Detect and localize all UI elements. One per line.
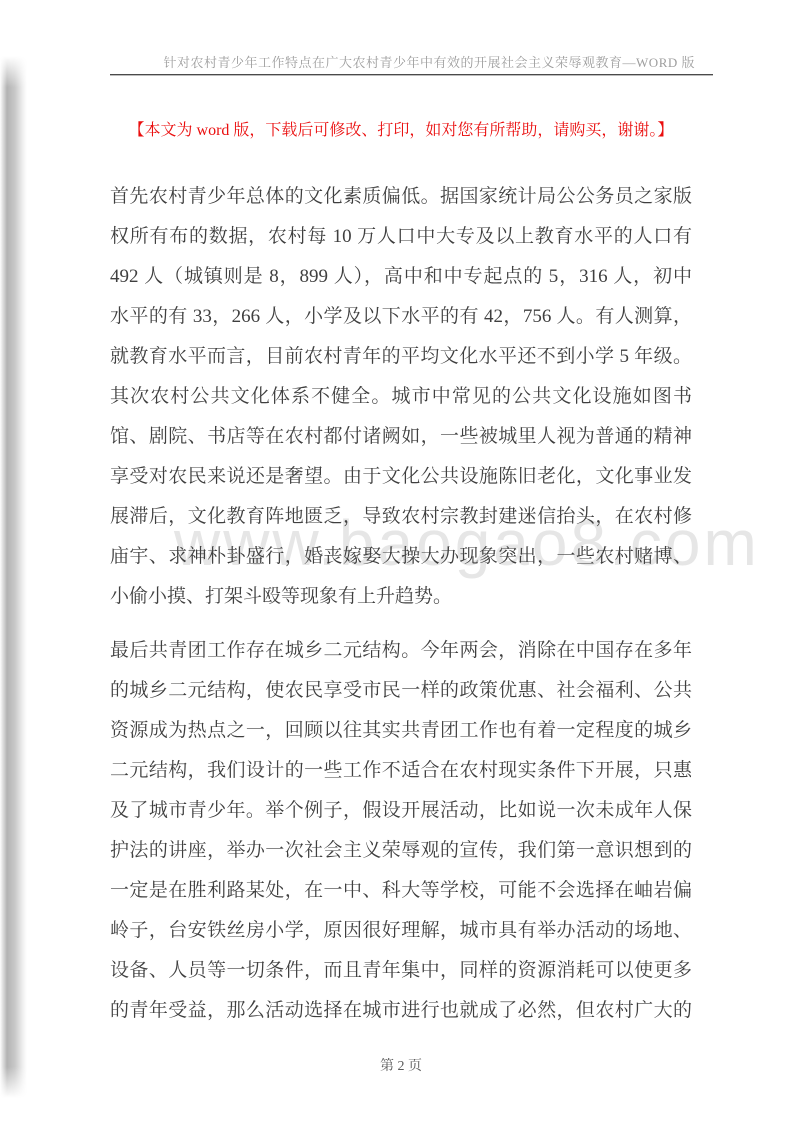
text-line: 庙宇、求神朴卦盛行，婚丧嫁娶大操大办现象突出，一些农村赌博、 <box>110 537 692 577</box>
text-line: 水平的有 33，266 人，小学及以下水平的有 42，756 人。有人测算， <box>110 297 692 337</box>
header-divider <box>110 74 713 76</box>
text-line: 的青年受益，那么活动选择在城市进行也就成了必然，但农村广大的 <box>110 991 692 1031</box>
text-line: 一定是在胜利路某处，在一中、科大等学校，可能不会选择在岫岩偏 <box>110 871 692 911</box>
text-line: 492 人（城镇则是 8，899 人），高中和中专起点的 5，316 人，初中 <box>110 257 692 297</box>
text-line: 其次农村公共文化体系不健全。城市中常见的公共文化设施如图书 <box>110 377 692 417</box>
text-line: 小偷小摸、打架斗殴等现象有上升趋势。 <box>110 577 692 617</box>
text-line: 就教育水平而言，目前农村青年的平均文化水平还不到小学 5 年级。 <box>110 337 692 377</box>
text-line: 岭子，台安铁丝房小学，原因很好理解，城市具有举办活动的场地、 <box>110 911 692 951</box>
document-page: { "header": { "title": "针对农村青少年工作特点在广大农村… <box>0 0 800 1132</box>
text-line: 首先农村青少年总体的文化素质偏低。据国家统计局公公务员之家版 <box>110 177 692 217</box>
text-line: 享受对农民来说还是奢望。由于文化公共设施陈旧老化，文化事业发 <box>110 457 692 497</box>
text-line: 设备、人员等一切条件，而且青年集中，同样的资源消耗可以使更多 <box>110 951 692 991</box>
text-line: 权所有布的数据，农村每 10 万人口中大专及以上教育水平的人口有 <box>110 217 692 257</box>
text-line: 馆、剧院、书店等在农村都付诸阙如，一些被城里人视为普通的精神 <box>110 417 692 457</box>
text-line: 最后共青团工作存在城乡二元结构。今年两会，消除在中国存在多年 <box>110 631 692 671</box>
paragraph-culture-quality: 首先农村青少年总体的文化素质偏低。据国家统计局公公务员之家版权所有布的数据，农村… <box>110 177 692 617</box>
paragraph-league-structure: 最后共青团工作存在城乡二元结构。今年两会，消除在中国存在多年的城乡二元结构，使农… <box>110 631 692 1031</box>
page-footer: 第 2 页 <box>110 1055 692 1075</box>
text-line: 的城乡二元结构，使农民享受市民一样的政策优惠、社会福利、公共 <box>110 671 692 711</box>
document-body: 首先农村青少年总体的文化素质偏低。据国家统计局公公务员之家版权所有布的数据，农村… <box>110 177 692 1031</box>
text-line: 及了城市青少年。举个例子，假设开展活动，比如说一次未成年人保 <box>110 791 692 831</box>
text-line: 展滞后，文化教育阵地匮乏，导致农村宗教封建迷信抬头，在农村修 <box>110 497 692 537</box>
page-edge-shadow <box>0 56 27 1098</box>
text-line: 资源成为热点之一，回顾以往其实共青团工作也有着一定程度的城乡 <box>110 711 692 751</box>
purchase-notice: 【本文为 word 版，下载后可修改、打印，如对您有所帮助，请购买，谢谢。】 <box>110 117 692 140</box>
document-header-title: 针对农村青少年工作特点在广大农村青少年中有效的开展社会主义荣辱观教育—WORD … <box>110 52 713 71</box>
text-line: 护法的讲座，举办一次社会主义荣辱观的宣传，我们第一意识想到的 <box>110 831 692 871</box>
page-number: 第 2 页 <box>380 1059 422 1074</box>
text-line: 二元结构，我们设计的一些工作不适合在农村现实条件下开展，只惠 <box>110 751 692 791</box>
